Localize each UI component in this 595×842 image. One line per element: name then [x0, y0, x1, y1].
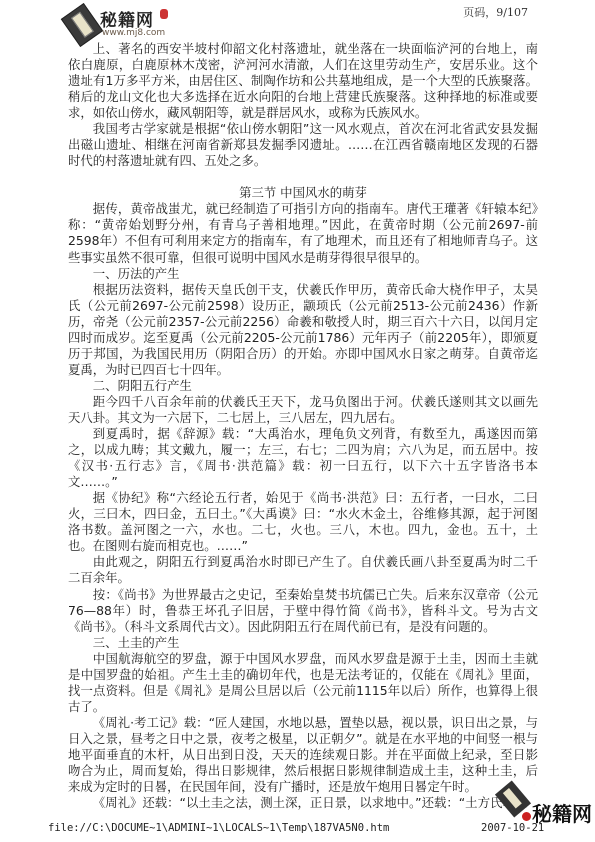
seal-icon [522, 812, 531, 821]
paragraph: 按：《尚书》为世界最古之史记，至秦始皇焚书坑儒已亡失。后来东汉章帝（公元76—8… [68, 587, 538, 635]
page-indicator: 页码，9/107 [463, 4, 528, 20]
site-logo: 秘籍网 www.mj8.com [68, 6, 188, 44]
paragraph: 据传，黄帝战蚩尤，就已经制造了可指引方向的指南车。唐代王瓘著《轩辕本纪》称：“黄… [68, 201, 538, 265]
paragraph: 《周礼》还载：“以土圭之法，测土深，正日景，以求地中。”还载：“土方氏掌土 [68, 795, 538, 811]
paragraph: 根据历法资料，据传天皇氏创干支，伏羲氏作甲历，黄帝氏命大桡作甲子，太昊氏（公元前… [68, 282, 538, 378]
paragraph: 由此观之，阴阳五行到夏禹治水时即已产生了。自伏羲氏画八卦至夏禹为时二千二百余年。 [68, 554, 538, 586]
seal-icon [160, 9, 168, 19]
footer-logo: 秘籍网 [500, 784, 595, 824]
paragraph: 《周礼·考工记》载：“匠人建国，水地以悬，置垫以悬，视以景，识日出之景，与日入之… [68, 715, 538, 795]
paragraph: 我国考古学家就是根据“依山傍水朝阳”这一风水观点，首次在河北省武安县发掘出磁山遗… [68, 121, 538, 169]
logo-url: www.mj8.com [102, 28, 165, 38]
subheading: 三、土圭的产生 [68, 635, 538, 651]
paragraph: 据《协纪》称“六经论五行者，始见于《尚书·洪范》曰：五行者，一曰水，二曰火，三曰… [68, 490, 538, 554]
subheading: 二、阴阳五行产生 [68, 378, 538, 394]
paragraph: 到夏禹时，据《辞源》载：“大禹治水，理龟负文列背，有数至九，禹遂因而第之，以成九… [68, 426, 538, 490]
subheading: 一、历法的产生 [68, 266, 538, 282]
paragraph: 距今四千八百余年前的伏羲氏王天下，龙马负图出于河。伏羲氏遂则其文以画先天八卦。其… [68, 394, 538, 426]
paragraph: 上、著名的西安半坡村仰韶文化村落遗址，就坐落在一块面临浐河的台地上，南依白鹿原，… [68, 41, 538, 121]
section-title: 第三节 中国风水的萌芽 [68, 169, 538, 201]
print-date: 2007-10-21 [481, 822, 544, 834]
paragraph: 中国航海航空的罗盘，源于中国风水罗盘，而风水罗盘是源于土圭，因而土圭就是中国罗盘… [68, 651, 538, 715]
file-path: file://C:\DOCUME~1\ADMINI~1\LOCALS~1\Tem… [48, 822, 389, 834]
document-body: 上、著名的西安半坡村仰韶文化村落遗址，就坐落在一块面临浐河的台地上，南依白鹿原，… [68, 41, 538, 811]
